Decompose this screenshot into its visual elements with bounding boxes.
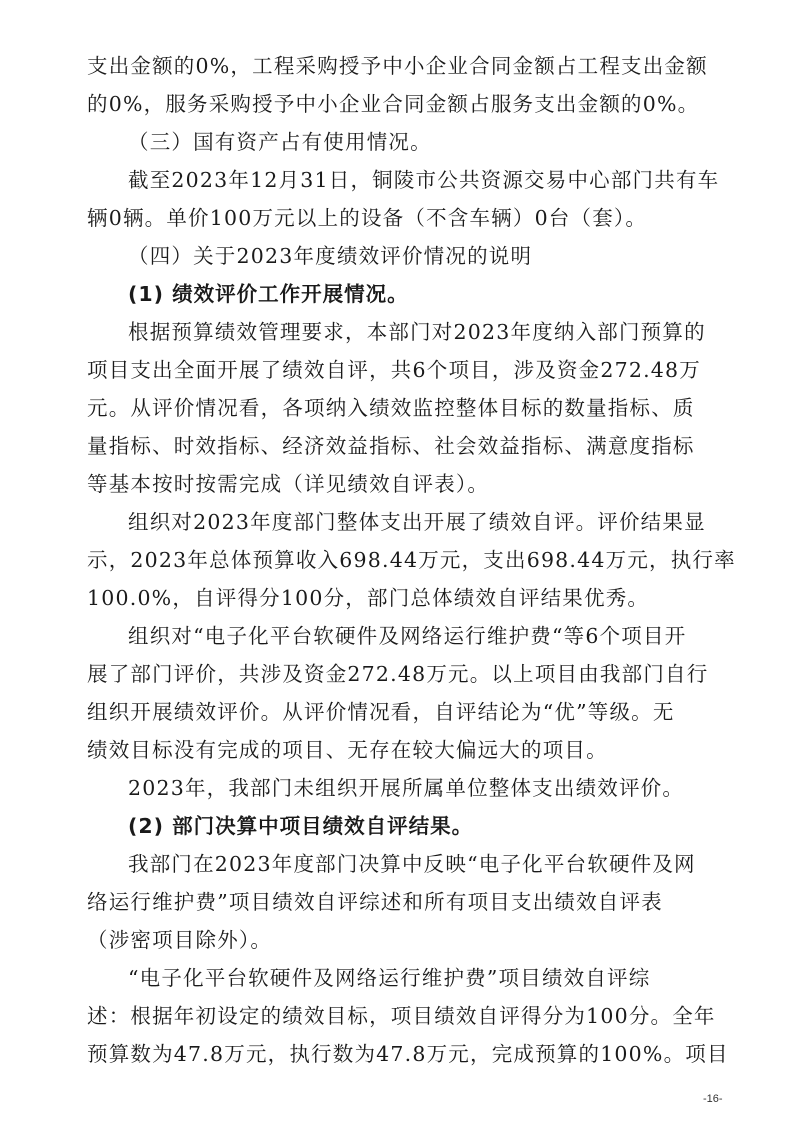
text-line: 绩效目标没有完成的项目、无存在较大偏远大的项目。 [87, 731, 709, 769]
text-line: “电子化平台软硬件及网络运行维护费”项目绩效自评综 [87, 959, 709, 997]
text-line: 元。从评价情况看，各项纳入绩效监控整体目标的数量指标、质 [87, 389, 709, 427]
text-line: 的0%，服务采购授予中小企业合同金额占服务支出金额的0%。 [87, 85, 709, 123]
text-line: 量指标、时效指标、经济效益指标、社会效益指标、满意度指标 [87, 427, 709, 465]
document-page: 支出金额的0%，工程采购授予中小企业合同金额占工程支出金额 的0%，服务采购授予… [0, 0, 793, 1122]
text-line: （涉密项目除外）。 [87, 921, 709, 959]
text-line: 展了部门评价，共涉及资金272.48万元。以上项目由我部门自行 [87, 655, 709, 693]
text-line: 2023年，我部门未组织开展所属单位整体支出绩效评价。 [87, 769, 709, 807]
text-line: 络运行维护费”项目绩效自评综述和所有项目支出绩效自评表 [87, 883, 709, 921]
section-heading-assets: （三）国有资产占有使用情况。 [87, 123, 709, 161]
document-body: 支出金额的0%，工程采购授予中小企业合同金额占工程支出金额 的0%，服务采购授予… [87, 47, 709, 1073]
subheading-evaluation-work: (1) 绩效评价工作开展情况。 [87, 275, 709, 313]
text-line: 等基本按时按需完成（详见绩效自评表）。 [87, 465, 709, 503]
text-line: 支出金额的0%，工程采购授予中小企业合同金额占工程支出金额 [87, 47, 709, 85]
page-number: -16- [703, 1093, 723, 1105]
text-line: 预算数为47.8万元，执行数为47.8万元，完成预算的100%。项目 [87, 1035, 709, 1073]
text-line: 述：根据年初设定的绩效目标，项目绩效自评得分为100分。全年 [87, 997, 709, 1035]
text-line: 示，2023年总体预算收入698.44万元，支出698.44万元，执行率 [87, 541, 709, 579]
text-line: 根据预算绩效管理要求，本部门对2023年度纳入部门预算的 [87, 313, 709, 351]
text-line: 辆0辆。单价100万元以上的设备（不含车辆）0台（套）。 [87, 199, 709, 237]
section-heading-performance: （四）关于2023年度绩效评价情况的说明 [87, 237, 709, 275]
text-line: 截至2023年12月31日，铜陵市公共资源交易中心部门共有车 [87, 161, 709, 199]
text-line: 组织对2023年度部门整体支出开展了绩效自评。评价结果显 [87, 503, 709, 541]
text-line: 项目支出全面开展了绩效自评，共6个项目，涉及资金272.48万 [87, 351, 709, 389]
text-line: 组织对“电子化平台软硬件及网络运行维护费“等6个项目开 [87, 617, 709, 655]
text-line: 100.0%，自评得分100分，部门总体绩效自评结果优秀。 [87, 579, 709, 617]
text-line: 我部门在2023年度部门决算中反映“电子化平台软硬件及网 [87, 845, 709, 883]
text-line: 组织开展绩效评价。从评价情况看，自评结论为“优”等级。无 [87, 693, 709, 731]
subheading-project-results: (2) 部门决算中项目绩效自评结果。 [87, 807, 709, 845]
